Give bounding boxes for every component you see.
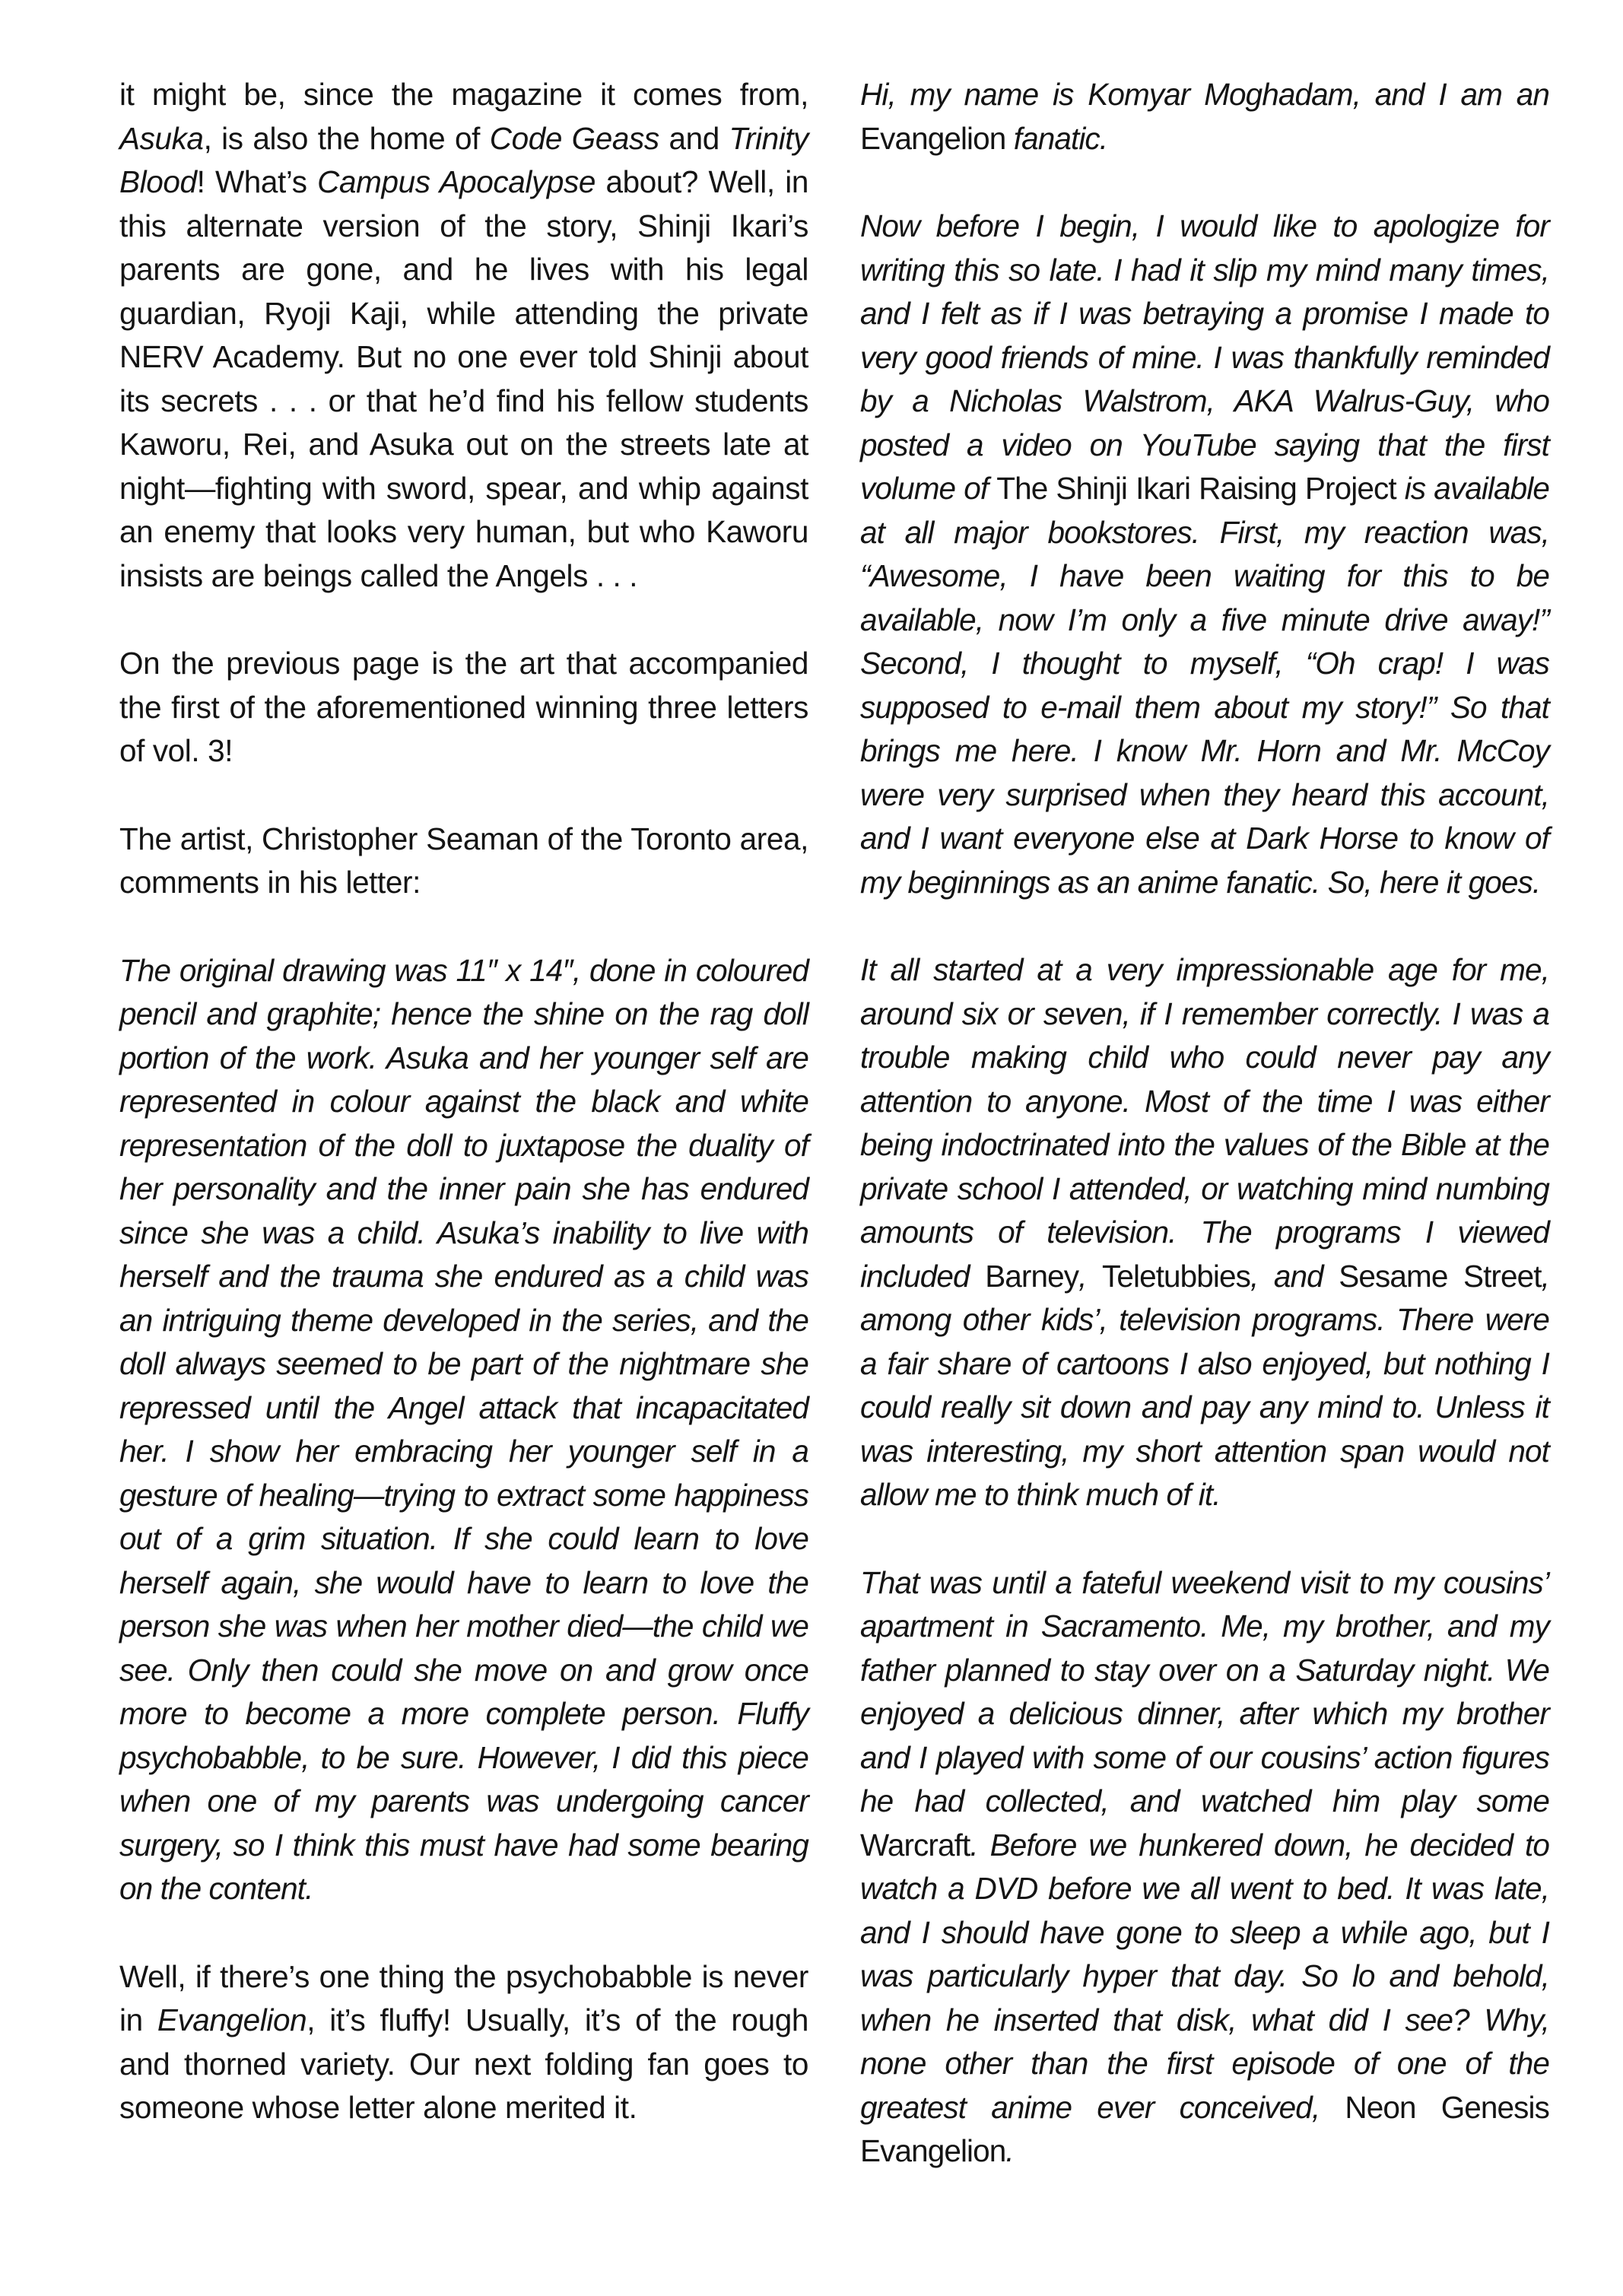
italic-text-run: , xyxy=(1078,1259,1102,1294)
roman-text-run: ! What’s xyxy=(197,164,318,199)
roman-text-run: it might be, since the magazine it comes… xyxy=(119,77,808,112)
roman-text-run: Evangelion xyxy=(860,121,1005,156)
paragraph-letter-greeting: Hi, my name is Komyar Moghadam, and I am… xyxy=(860,73,1549,160)
roman-text-run: and xyxy=(659,121,729,156)
paragraph-artist-intro: The artist, Christopher Seaman of the To… xyxy=(119,818,808,905)
roman-text-run: about? Well, in this alternate version o… xyxy=(119,164,808,593)
roman-text-run: , is also the home of xyxy=(204,121,490,156)
left-column: it might be, since the magazine it comes… xyxy=(119,73,808,2174)
roman-text-run: The Shinji Ikari Raising Project xyxy=(996,471,1396,506)
right-column: Hi, my name is Komyar Moghadam, and I am… xyxy=(860,73,1549,2218)
roman-text-run: Warcraft xyxy=(860,1828,970,1863)
italic-text-run: Code Geass xyxy=(490,121,659,156)
roman-text-run: On the previous page is the art that acc… xyxy=(119,646,808,768)
paragraph-previous-page-art: On the previous page is the art that acc… xyxy=(119,642,808,773)
roman-text-run: The artist, Christopher Seaman of the To… xyxy=(119,821,808,900)
italic-text-run: Hi, my name is Komyar Moghadam, and I am… xyxy=(860,77,1549,112)
paragraph-next-folding-fan: Well, if there’s one thing the psychobab… xyxy=(119,1955,808,2130)
italic-text-run: Asuka xyxy=(119,121,204,156)
italic-text-run: That was until a fateful weekend visit t… xyxy=(860,1565,1549,1819)
italic-text-run: . Before we hunkered down, he decided to… xyxy=(860,1828,1549,2125)
paragraph-letter-childhood: It all started at a very impressionable … xyxy=(860,948,1549,1517)
paragraph-letter-apology: Now before I begin, I would like to apol… xyxy=(860,205,1549,904)
italic-text-run: It all started at a very impressionable … xyxy=(860,952,1549,1294)
paragraph-artist-letter-quote: The original drawing was 11″ x 14″, done… xyxy=(119,949,808,1911)
italic-text-run: . xyxy=(1005,2133,1013,2168)
italic-text-run: Evangelion xyxy=(157,2002,306,2037)
italic-text-run: The original drawing was 11″ x 14″, done… xyxy=(119,953,808,1907)
roman-text-run: Barney xyxy=(985,1259,1078,1294)
italic-text-run: Campus Apocalypse xyxy=(317,164,596,199)
italic-text-run: Now before I begin, I would like to apol… xyxy=(860,208,1549,506)
italic-text-run: fanatic. xyxy=(1005,121,1107,156)
italic-text-run: is available at all major bookstores. Fi… xyxy=(860,471,1549,900)
italic-text-run: , and xyxy=(1250,1259,1339,1294)
roman-text-run: Sesame Street xyxy=(1339,1259,1541,1294)
paragraph-letter-cousins-visit: That was until a fateful weekend visit t… xyxy=(860,1561,1549,2174)
document-page: it might be, since the magazine it comes… xyxy=(0,0,1623,2296)
roman-text-run: Teletubbies xyxy=(1102,1259,1250,1294)
paragraph-campus-apocalypse-summary: it might be, since the magazine it comes… xyxy=(119,73,808,598)
italic-text-run: , among other kids’, television programs… xyxy=(860,1259,1549,1513)
